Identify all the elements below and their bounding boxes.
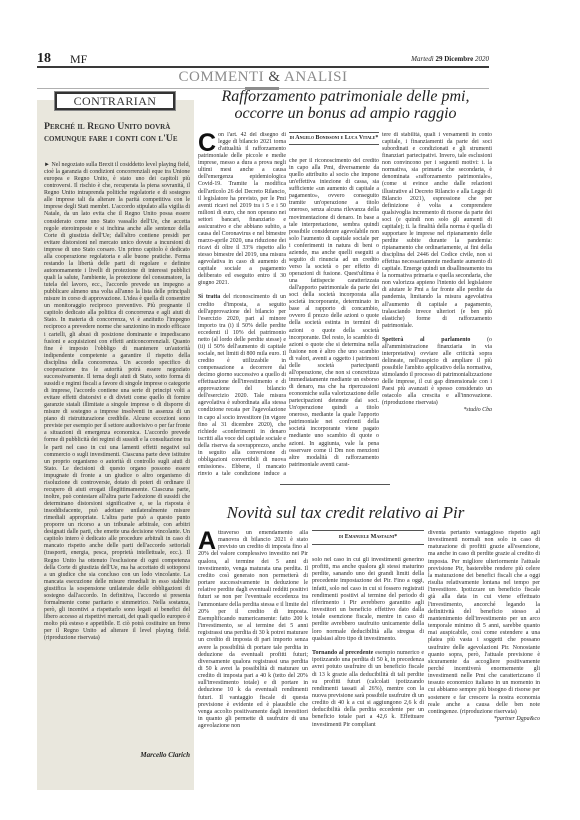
section-left: COMMENTI bbox=[178, 69, 264, 85]
contrarian-author: Marcello Clarich bbox=[44, 751, 190, 760]
article1-col3-p2: (o all'amministrazione finanziaria in vi… bbox=[382, 337, 492, 407]
article2-byline-names: Emanuele Mastagni* bbox=[345, 534, 398, 540]
article2-column-3: diventa pertanto vantaggioso rispetto ag… bbox=[428, 530, 540, 800]
article2-column-2: solo nel caso in cui gli investimenti ge… bbox=[312, 557, 424, 800]
article2-byline-prefix: di bbox=[339, 534, 343, 540]
article2-col2-p2: esempio numerico e ipotizzando una perdi… bbox=[312, 650, 424, 728]
article1-col1-text: on l'art. 42 del disegno di legge di bil… bbox=[198, 132, 286, 286]
paper-name: MF bbox=[70, 53, 87, 66]
section-title: COMMENTI & ANALISI bbox=[37, 70, 489, 85]
article2-signature: *partner Dgpa&co bbox=[428, 716, 540, 723]
article1-column-3: tere di stabilità, quali i versamenti in… bbox=[382, 132, 492, 482]
contrarian-body-text: Nel negoziato sulla Brexit il cosiddetto… bbox=[44, 162, 190, 641]
article2-byline: di Emanuele Mastagni* bbox=[312, 530, 424, 545]
article1-byline-prefix: di bbox=[290, 135, 294, 141]
article1-headline-line1: Rafforzamento patrimoniale delle pmi, bbox=[198, 88, 493, 105]
article2-col2-lead: Tornando al precedente bbox=[312, 650, 373, 656]
date-weekday: Martedì bbox=[411, 55, 434, 63]
masthead: 18 MF Martedì 29 Dicembre 2020 bbox=[37, 52, 489, 66]
date-day-month: 29 Dicembre bbox=[435, 55, 473, 63]
page-number: 18 bbox=[37, 52, 51, 66]
article2-column-1: A ttraverso un emendamento alla manovra … bbox=[198, 530, 308, 800]
article1-col3-text: tere di stabilità, quali i versamenti in… bbox=[382, 132, 492, 329]
article2-col3-text: diventa pertanto vantaggioso rispetto ag… bbox=[428, 530, 540, 715]
article2-dropcap: A bbox=[198, 531, 216, 551]
contrarian-body: ► Nel negoziato sulla Brexit il cosiddet… bbox=[44, 162, 190, 642]
masthead-rule bbox=[37, 66, 489, 68]
article1-col2-text: che per il riconoscimento del credito in… bbox=[289, 158, 379, 468]
article2-headline: Novità sul tax credit relativo ai Pir bbox=[198, 504, 493, 522]
arrow-right-icon: ► bbox=[44, 162, 50, 168]
article1-byline-names: Angelo Bonissoni e Luca Vitale* bbox=[295, 135, 378, 141]
section-right: ANALISI bbox=[284, 69, 348, 85]
article1-column-2: che per il riconoscimento del credito in… bbox=[289, 158, 379, 478]
article1-col1-lead: Si tratta bbox=[198, 294, 220, 300]
article1-signature: *studio Cba bbox=[382, 407, 492, 414]
article1-headline-line2: occorre un bonus ad ampio raggio bbox=[198, 105, 493, 122]
article2-col2-text: solo nel caso in cui gli investimenti ge… bbox=[312, 557, 424, 642]
issue-date: Martedì 29 Dicembre 2020 bbox=[411, 55, 489, 64]
contrarian-headline: Perché il Regno Unito dovrà comunque far… bbox=[44, 121, 190, 145]
article-divider bbox=[280, 484, 390, 485]
date-year: 2020 bbox=[475, 55, 489, 63]
article1-col1-p2: del riconoscimento di un credito d'impos… bbox=[198, 294, 286, 477]
article1-column-1: C on l'art. 42 del disegno di legge di b… bbox=[198, 132, 286, 477]
article1-col3-lead: Spetterà al parlamento bbox=[382, 337, 470, 343]
article1-headline: Rafforzamento patrimoniale delle pmi, oc… bbox=[198, 88, 493, 122]
article1-dropcap: C bbox=[198, 133, 216, 153]
article2-col1-text: ttraverso un emendamento alla manovra di… bbox=[198, 530, 308, 729]
section-amp: & bbox=[268, 69, 280, 85]
article1-byline: di Angelo Bonissoni e Luca Vitale* bbox=[289, 132, 379, 145]
contrarian-tag: CONTRARIAN bbox=[55, 92, 175, 110]
